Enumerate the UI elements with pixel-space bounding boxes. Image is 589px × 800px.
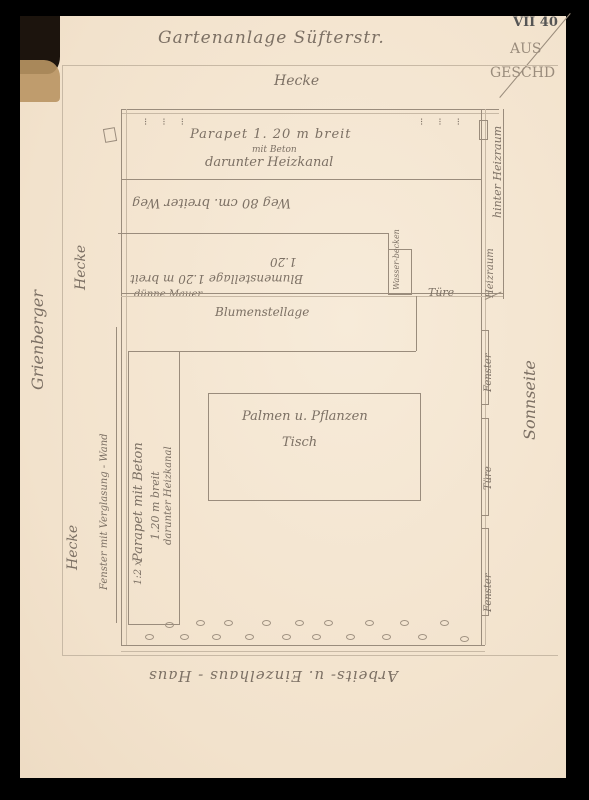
palm-table-line1: Palmen u. Pflanzen [242, 410, 368, 423]
drain-hole [224, 620, 233, 626]
drain-hole [324, 620, 333, 626]
drain-hole [212, 634, 221, 640]
building-bottom-wall [121, 645, 485, 646]
right-window-1-label: Fenster [484, 353, 494, 392]
door-label: Türe [428, 287, 454, 298]
drain-hole [295, 620, 304, 626]
document-title: Gartenanlage Süfterstr. [158, 30, 385, 47]
palm-table-line2: Tisch [282, 436, 317, 449]
outer-left-line [62, 65, 63, 655]
corner-stain-light [20, 60, 60, 102]
building-left-wall-inner [126, 109, 127, 645]
parapet-top-line1: Parapet 1. 20 m breit [190, 128, 352, 141]
flower-stand-lower-right [416, 296, 417, 351]
parapet-left-marker: 1:2 x [134, 560, 144, 585]
flower-stand-upper-label: Blumenstellage 1.20 m breit [130, 273, 303, 285]
parapet-top-bottom-line [121, 179, 481, 180]
building-left-wall [121, 109, 122, 645]
building-top-wall [121, 109, 499, 110]
drain-hole [145, 634, 154, 640]
right-window-2-label: Fenster [484, 573, 494, 612]
left-wall-note: Fenster mit Verglasung - Wand [100, 433, 110, 590]
parapet-left-line2: 1.20 m breit [150, 471, 161, 540]
water-basin-label: Wasser-becken [393, 229, 401, 290]
drain-hole [460, 636, 469, 642]
parapet-left-line1: Parapet mit Beton [132, 442, 145, 562]
drain-hole [312, 634, 321, 640]
left-neighbor-label: Grienberger [30, 290, 46, 390]
parapet-top-line2: mit Beton [252, 146, 297, 155]
path-bottom-line [118, 233, 388, 234]
drain-hole [440, 620, 449, 626]
drain-hole [400, 620, 409, 626]
outer-bottom-line [62, 655, 558, 656]
left-wall-bracket [116, 327, 117, 623]
flower-stand-dimension: 1.20 [270, 256, 297, 268]
sunny-side-label: Sonnseite [522, 360, 538, 440]
corner-marker-box [103, 127, 117, 143]
drain-hole [346, 634, 355, 640]
heating-vent-box [479, 120, 488, 140]
left-hedge-label-lower: Hecke [66, 525, 80, 570]
right-heating-inner: Heizraum [486, 248, 496, 298]
path-strip-label: Weg 80 cm. breiter Weg [132, 196, 291, 209]
parapet-top-line3: darunter Heizkanal [205, 156, 333, 169]
top-dots-right: ⁝ ⁝ ⁝ [420, 118, 466, 128]
drain-hole [165, 622, 174, 628]
thin-wall-note: dünne Mauer [134, 290, 202, 300]
outer-top-line [62, 65, 558, 66]
bottom-building-label: Arbeits- u. Einzelhaus - Haus [148, 668, 398, 683]
parapet-left-line3: darunter Heizkanal [164, 446, 174, 545]
drain-hole [382, 634, 391, 640]
right-door-label: Türe [484, 466, 494, 490]
flower-stand-lower-label: Blumenstellage [215, 306, 309, 318]
drain-hole [262, 620, 271, 626]
drain-hole [365, 620, 374, 626]
left-hedge-label-upper: Hecke [74, 245, 88, 290]
top-hedge-label: Hecke [274, 74, 319, 88]
building-bottom-wall-outer [121, 651, 485, 652]
drain-hole [180, 634, 189, 640]
archive-mark: VII 40 [513, 16, 558, 29]
drain-hole [245, 634, 254, 640]
drain-hole [196, 620, 205, 626]
drain-hole [418, 634, 427, 640]
top-dots-left: ⁝ ⁝ ⁝ [144, 118, 190, 128]
building-top-wall-inner [121, 113, 499, 114]
right-heating-outer: hinter Heizraum [492, 126, 503, 218]
drain-hole [282, 634, 291, 640]
